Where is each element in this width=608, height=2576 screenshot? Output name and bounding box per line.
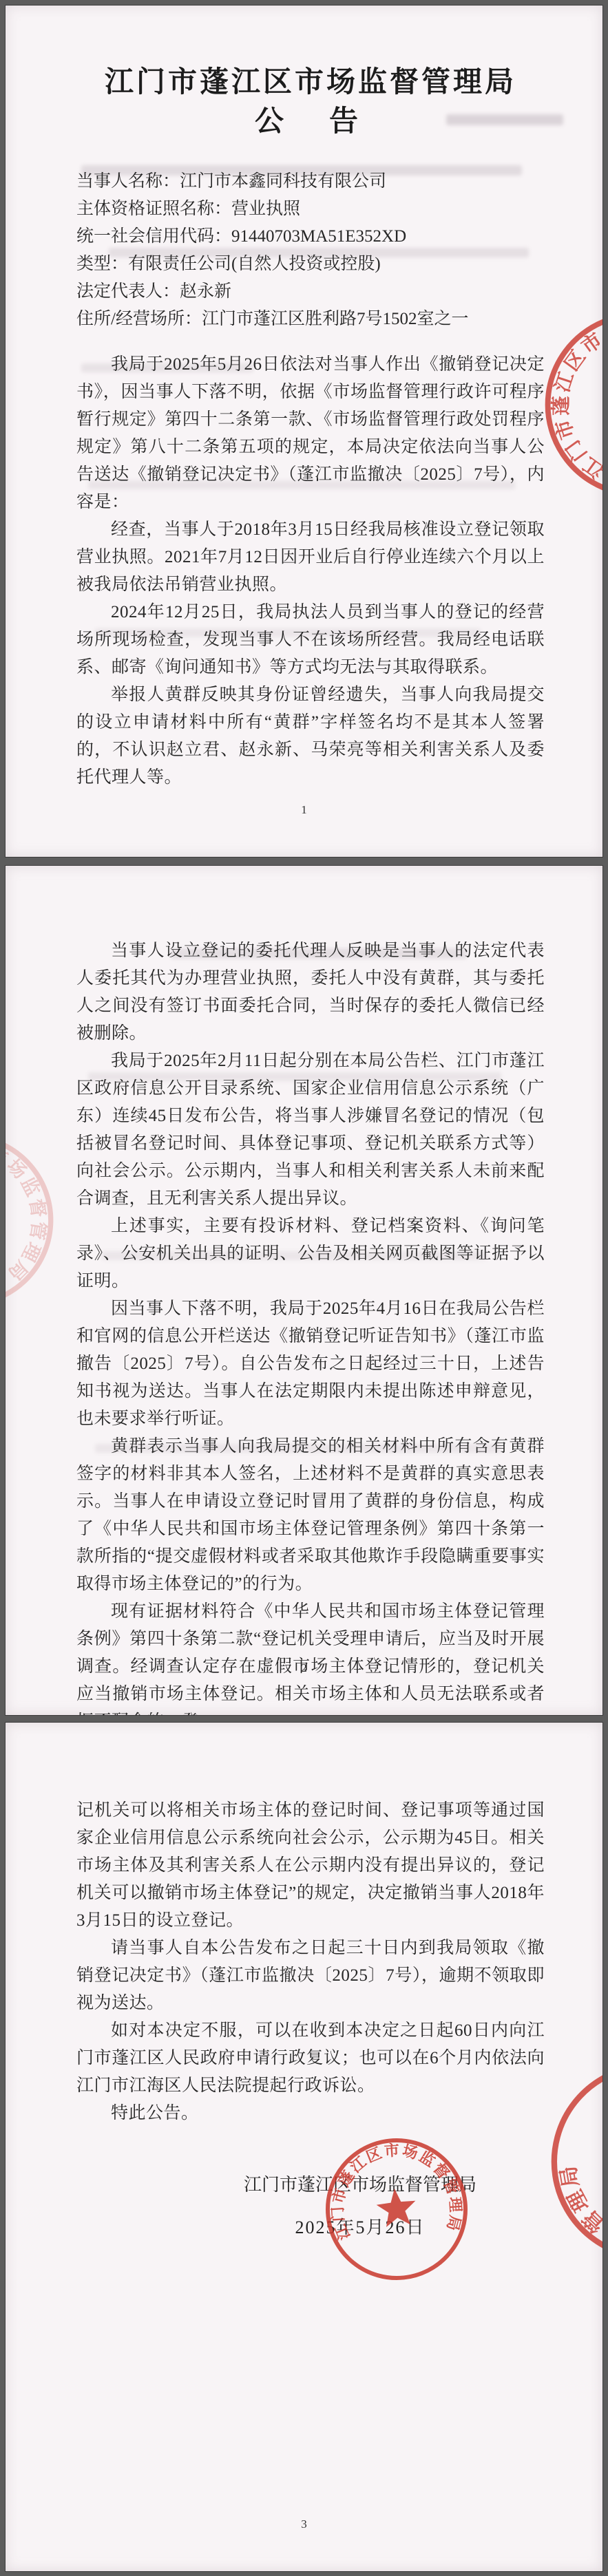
document-page-1: 江门市蓬江区市场监督管理局 公 告 当事人名称：江门市本鑫同科技有限公司主体资格… bbox=[5, 5, 603, 858]
paragraph: 记机关可以将相关市场主体的登记时间、登记事项等通过国家企业信用信息公示系统向社会… bbox=[76, 1797, 545, 1935]
page2-paragraphs: 当事人设立登记的委托代理人反映是当事人的法定代表人委托其代为办理营业执照，委托人… bbox=[76, 866, 545, 1716]
paragraph: 当事人设立登记的委托代理人反映是当事人的法定代表人委托其代为办理营业执照，委托人… bbox=[76, 937, 545, 1047]
document-page-2: 当事人设立登记的委托代理人反映是当事人的法定代表人委托其代为办理营业执照，委托人… bbox=[5, 865, 603, 1716]
scanned-document-photo: { "window": { "background": "#5c5c5c", "… bbox=[0, 0, 608, 2576]
signature-block: 江门市蓬江区市场监督管理局 2025年5月26日 bbox=[212, 2171, 508, 2242]
paragraph: 我局于2025年5月26日依法对当事人作出《撤销登记决定书》，因当事人下落不明，… bbox=[76, 351, 545, 516]
page1-paragraphs: 我局于2025年5月26日依法对当事人作出《撤销登记决定书》，因当事人下落不明，… bbox=[76, 351, 545, 791]
page3-paragraphs: 记机关可以将相关市场主体的登记时间、登记事项等通过国家企业信用信息公示系统向社会… bbox=[76, 1723, 545, 2127]
paragraph: 特此公告。 bbox=[76, 2100, 545, 2127]
paragraph: 请当事人自本公告发布之日起三十日内到我局领取《撤销登记决定书》（蓬江市监撤决〔2… bbox=[76, 1935, 545, 2017]
paragraph: 现有证据材料符合《中华人民共和国市场主体登记管理条例》第四十条第二款“登记机关受… bbox=[76, 1598, 545, 1716]
paragraph: 如对本决定不服，可以在收到本决定之日起60日内向江门市蓬江区人民政府申请行政复议… bbox=[76, 2017, 545, 2100]
document-page-3: 记机关可以将相关市场主体的登记时间、登记事项等通过国家企业信用信息公示系统向社会… bbox=[5, 1722, 603, 2572]
paragraph: 我局于2025年2月11日起分别在本局公告栏、江门市蓬江区政府信息公开目录系统、… bbox=[76, 1047, 545, 1213]
party-info-line: 当事人名称：江门市本鑫同科技有限公司 bbox=[76, 168, 545, 195]
party-info-line: 主体资格证照名称：营业执照 bbox=[76, 195, 545, 223]
doc-type-title: 公 告 bbox=[76, 103, 545, 140]
page-number: 3 bbox=[6, 2518, 602, 2531]
paragraph: 经查，当事人于2018年3月15日经我局核准设立登记领取营业执照。2021年7月… bbox=[76, 516, 545, 599]
agency-title: 江门市蓬江区市场监督管理局 bbox=[76, 65, 545, 100]
paragraph: 黄群表示当事人向我局提交的相关材料中所有含有黄群签字的材料非其本人签名，上述材料… bbox=[76, 1433, 545, 1598]
party-info-line: 法定代表人：赵永新 bbox=[76, 278, 545, 306]
party-info-line: 住所/经营场所：江门市蓬江区胜利路7号1502室之一 bbox=[76, 306, 545, 333]
party-info-line: 统一社会信用代码：91440703MA51E352XD bbox=[76, 223, 545, 251]
page-number: 2 bbox=[6, 1661, 602, 1675]
party-info-block: 当事人名称：江门市本鑫同科技有限公司主体资格证照名称：营业执照统一社会信用代码：… bbox=[76, 168, 545, 333]
paragraph: 上述事实，主要有投诉材料、登记档案资料、《询问笔录》、公安机关出具的证明、公告及… bbox=[76, 1213, 545, 1295]
paragraph: 举报人黄群反映其身份证曾经遗失，当事人向我局提交的设立申请材料中所有“黄群”字样… bbox=[76, 681, 545, 791]
party-info-line: 类型：有限责任公司(自然人投资或控股) bbox=[76, 251, 545, 278]
signature-date: 2025年5月26日 bbox=[212, 2214, 508, 2242]
signature-agency: 江门市蓬江区市场监督管理局 bbox=[212, 2171, 508, 2199]
page-number: 1 bbox=[6, 803, 602, 817]
paragraph: 2024年12月25日，我局执法人员到当事人的登记的经营场所现场检查，发现当事人… bbox=[76, 599, 545, 681]
paragraph: 因当事人下落不明，我局于2025年4月16日在我局公告栏和官网的信息公开栏送达《… bbox=[76, 1295, 545, 1433]
